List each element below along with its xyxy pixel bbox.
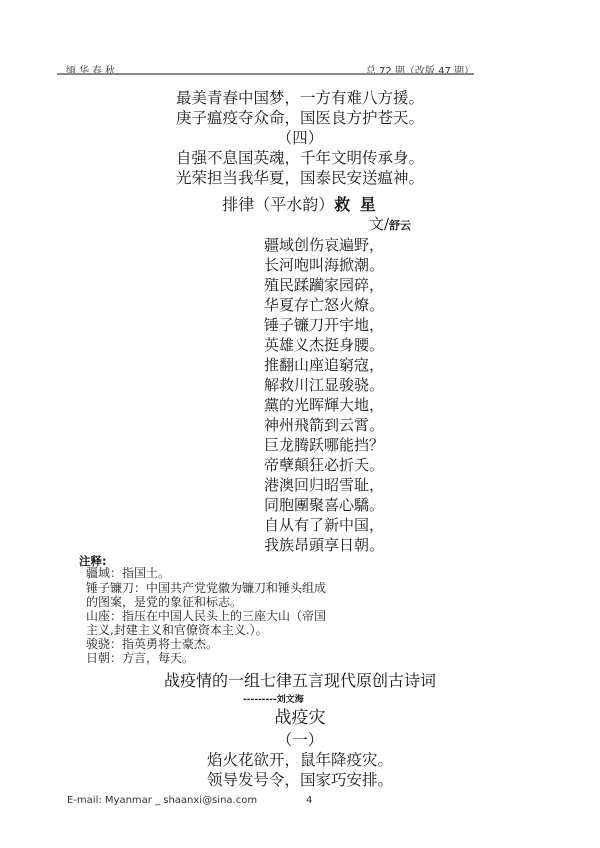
poem-line: 华夏存亡怒火燎。 (264, 295, 384, 315)
poem-line: 长河咆叫海掀潮。 (264, 255, 384, 275)
section-label: （四） (0, 128, 600, 148)
poem-line: 解救川江显骏骁。 (264, 375, 384, 395)
poem-title: 排律（平水韵）救 星 (0, 195, 600, 215)
poem-line: 锤子镰刀开宇地， (264, 315, 384, 335)
page-number: 4 (306, 795, 312, 806)
note-item: 日朝：方言，每天。 (86, 651, 194, 665)
note-item: 的图案，是党的象征和标志。 (86, 595, 242, 609)
poem-line: 推翻山座追窮寇， (264, 355, 384, 375)
poem-line: 我族昂頭享日朝。 (264, 535, 384, 555)
poem-line: 自从有了新中国， (264, 515, 384, 535)
poem-line: 焰火花欲开，鼠年降疫灾。 (0, 750, 600, 770)
header-divider (57, 73, 474, 75)
poem-line: 疆域创伤哀遍野， (264, 235, 384, 255)
author-name: 舒云 (389, 219, 411, 232)
poem-subtitle: 战疫灾 (0, 708, 600, 728)
note-item: 山座：指压在中国人民头上的三座大山（帝国 (86, 609, 326, 623)
poem-line: 黨的光晖輝大地， (264, 395, 384, 415)
poem-line: 港澳回归昭雪耻， (264, 475, 384, 495)
poem-line: 巨龙腾跃哪能挡？ (264, 435, 384, 455)
part-label: （一） (0, 730, 600, 750)
poem-form: 排律（平水韵） (222, 195, 334, 214)
poem-line: 同胞團聚喜心驕。 (264, 495, 384, 515)
section-author: ---------刘文海 (243, 692, 304, 705)
section-title: 战疫情的一组七律五言现代原创古诗词 (0, 671, 600, 691)
poem-line: 光荣担当我华夏，国泰民安送瘟神。 (0, 168, 600, 188)
byline-prefix: 文/ (369, 215, 389, 233)
poem-line: 最美青春中国梦，一方有难八方援。 (0, 88, 600, 108)
note-item: 骏骁：指英勇将士豪杰。 (86, 637, 218, 651)
poem-line: 英雄义杰挺身腰。 (264, 335, 384, 355)
poem-byline: 文/舒云 (369, 214, 411, 236)
poem-line: 领导发号令，国家巧安排。 (0, 770, 600, 790)
poem-name: 救 星 (334, 195, 378, 214)
note-item: 主义,封建主义和官僚资本主义.）。 (86, 623, 268, 637)
note-item: 锤子镰刀：中国共产党党徽为镰刀和锤头组成 (86, 581, 326, 595)
poem-line: 神州飛箭到云霄。 (264, 415, 384, 435)
poem-line: 庚子瘟疫夺众命，国医良方护苍天。 (0, 108, 600, 128)
note-item: 疆域：指国土。 (86, 566, 170, 580)
poem-line: 帝孽顛狂必折夭。 (264, 455, 384, 475)
poem-line: 自强不息国英魂，千年文明传承身。 (0, 148, 600, 168)
footer-email: E-mail: Myanmar _ shaanxi@sina.com (67, 795, 257, 806)
poem-line: 殖民蹂躏家园碎， (264, 275, 384, 295)
